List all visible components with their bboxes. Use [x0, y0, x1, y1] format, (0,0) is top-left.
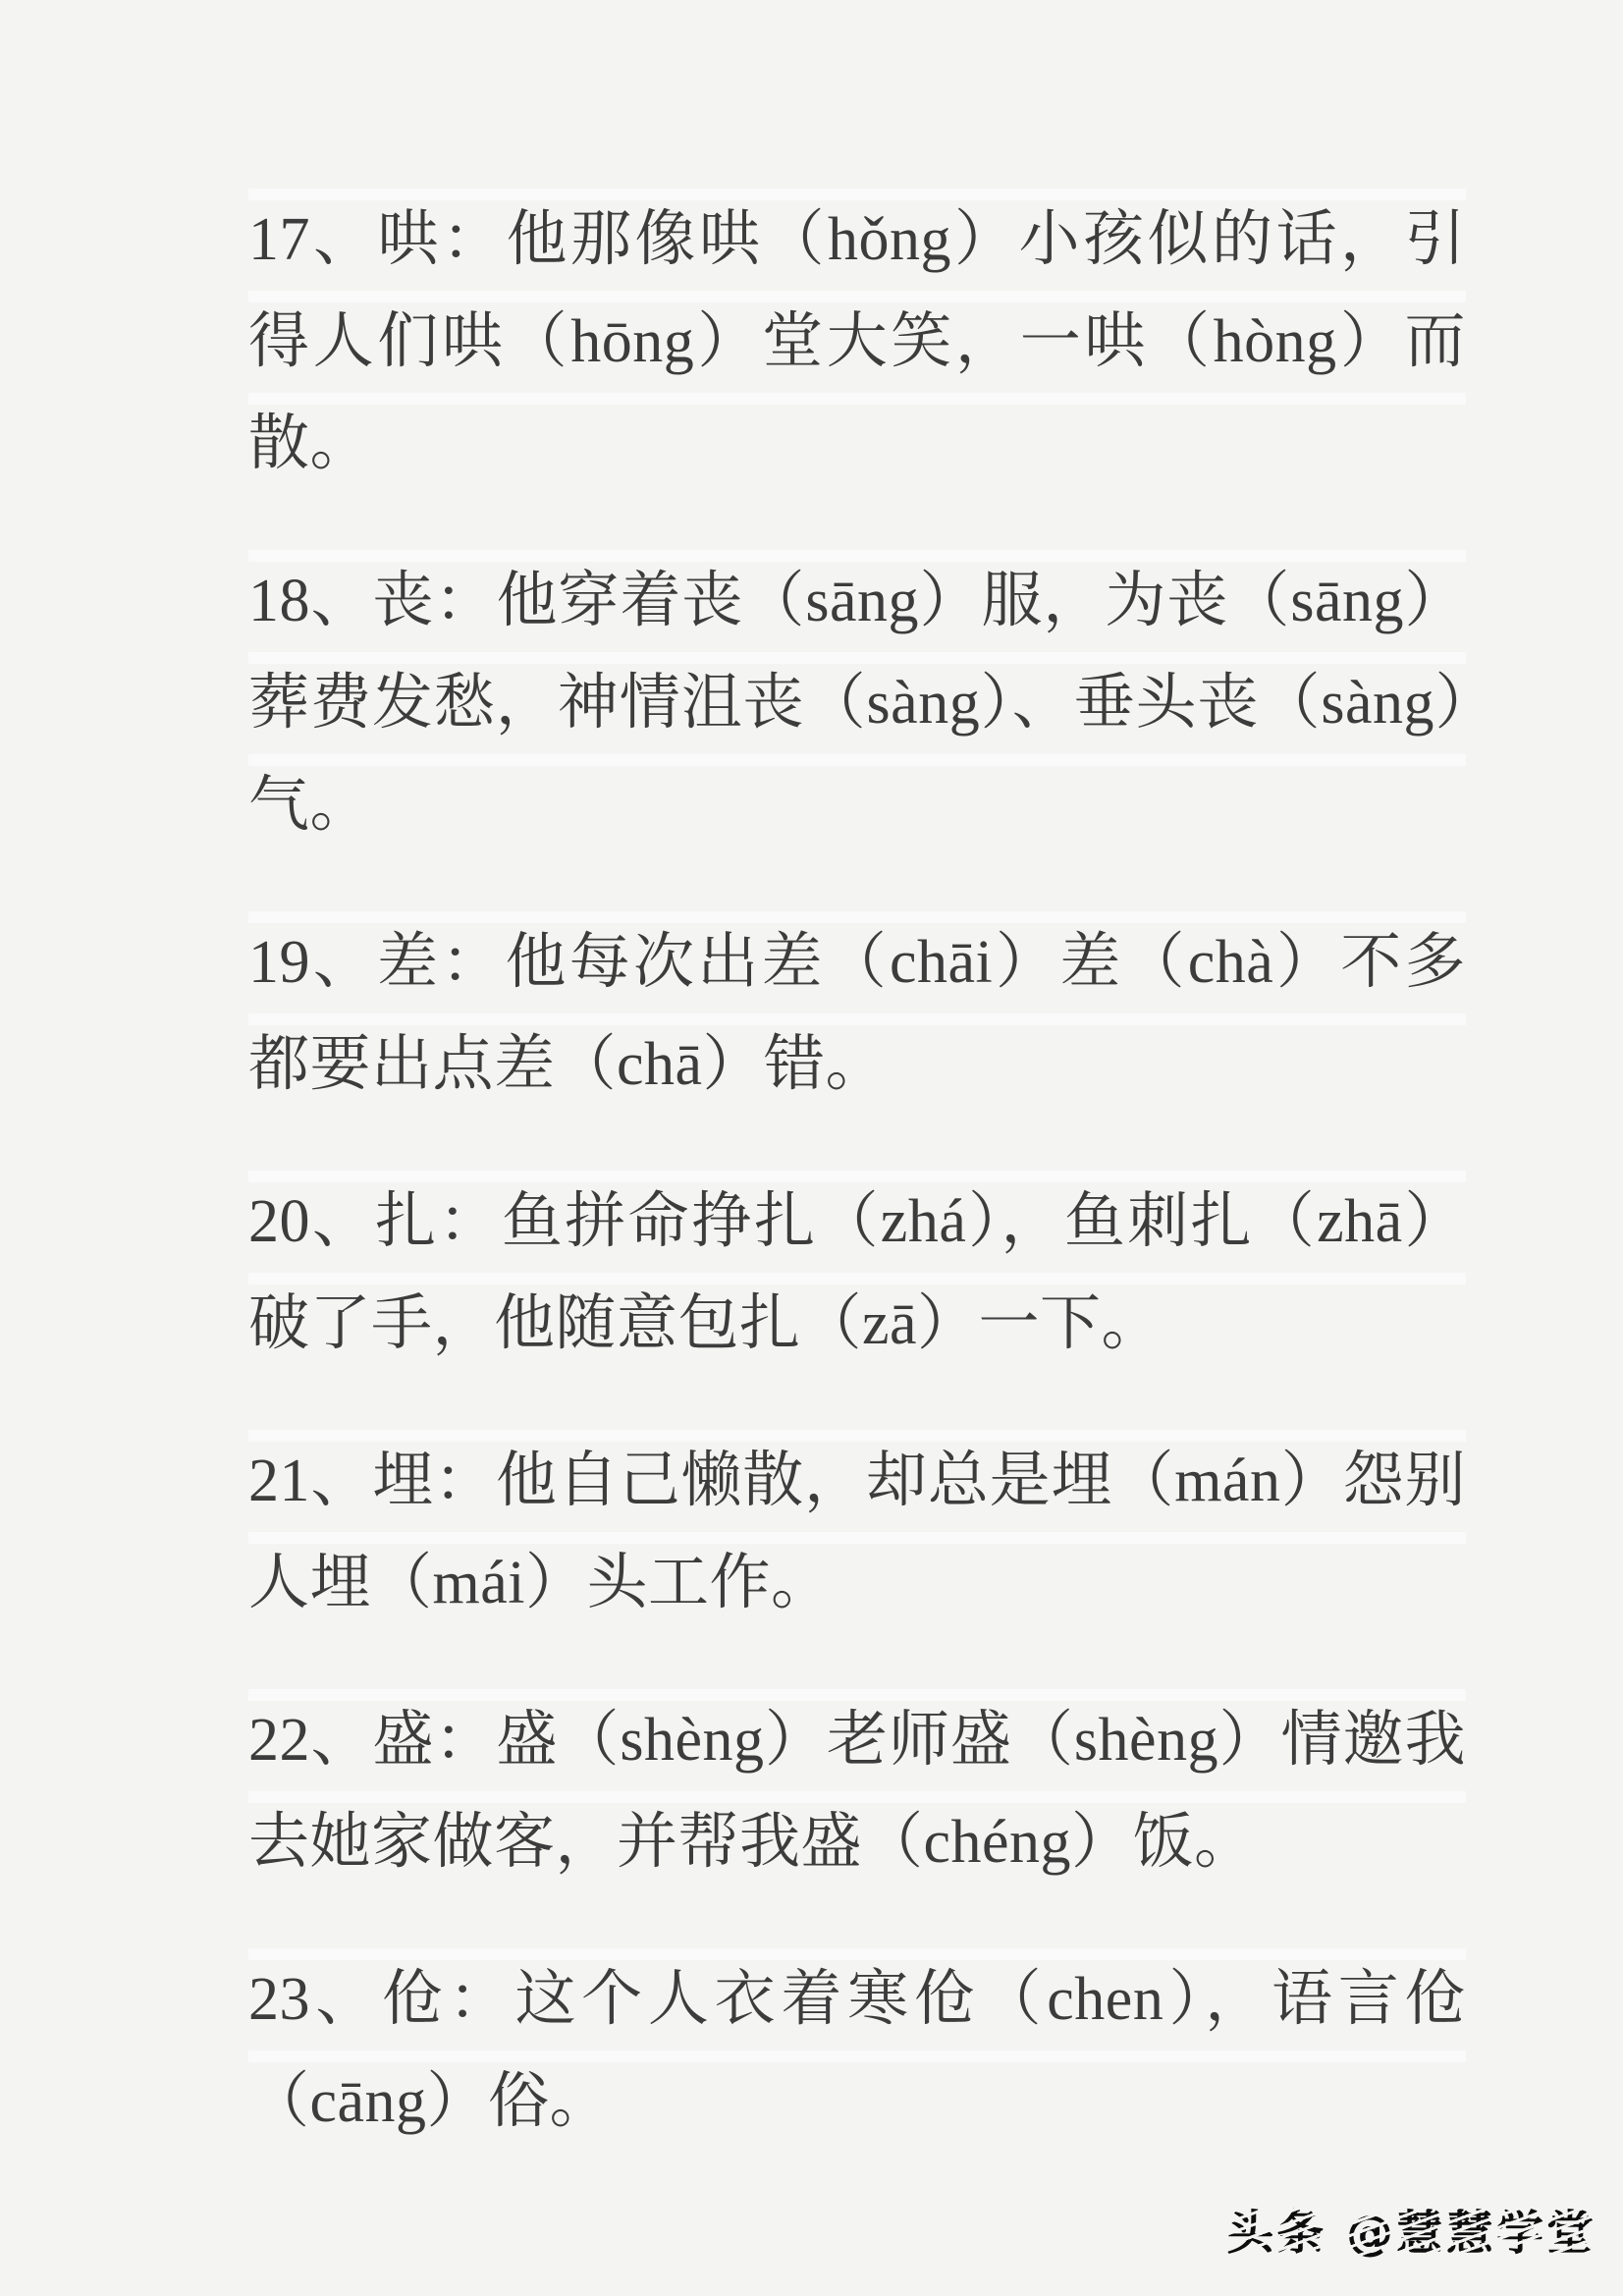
entry-22: 22、盛：盛（shèng）老师盛（shèng）情邀我去她家做客，并帮我盛（ché…	[248, 1689, 1466, 1893]
entry-20: 20、扎：鱼拼命挣扎（zhá），鱼刺扎（zhā）破了手，他随意包扎（zā）一下。	[248, 1171, 1466, 1375]
entry-21: 21、埋：他自己懒散，却总是埋（mán）怨别人埋（mái）头工作。	[248, 1430, 1466, 1634]
entry-23: 23、伧：这个人衣着寒伧（chen），语言伧（cāng）俗。	[248, 1948, 1466, 2153]
entry-label: 19、差：	[248, 929, 505, 996]
entry-label: 18、丧：	[248, 568, 496, 634]
entry-label: 23、伧：	[248, 1966, 514, 2033]
entry-label: 21、埋：	[248, 1448, 496, 1514]
entry-18: 18、丧：他穿着丧（sāng）服，为丧（sāng）葬费发愁，神情沮丧（sàng）…	[248, 550, 1466, 856]
watermark: 头条 @慧慧学堂	[1224, 2191, 1598, 2267]
entry-19: 19、差：他每次出差（chāi）差（chà）不多都要出点差（chā）错。	[248, 911, 1466, 1116]
document-page: 17、哄：他那像哄（hǒng）小孩似的话，引得人们哄（hōng）堂大笑，一哄（h…	[0, 0, 1623, 2296]
entry-label: 22、盛：	[248, 1707, 496, 1774]
entry-label: 20、扎：	[248, 1188, 502, 1255]
entry-17: 17、哄：他那像哄（hǒng）小孩似的话，引得人们哄（hōng）堂大笑，一哄（h…	[248, 189, 1466, 495]
entry-label: 17、哄：	[248, 206, 507, 273]
watermark-text: 头条 @慧慧学堂	[1226, 2206, 1596, 2261]
document-content: 17、哄：他那像哄（hǒng）小孩似的话，引得人们哄（hōng）堂大笑，一哄（h…	[248, 189, 1466, 2208]
